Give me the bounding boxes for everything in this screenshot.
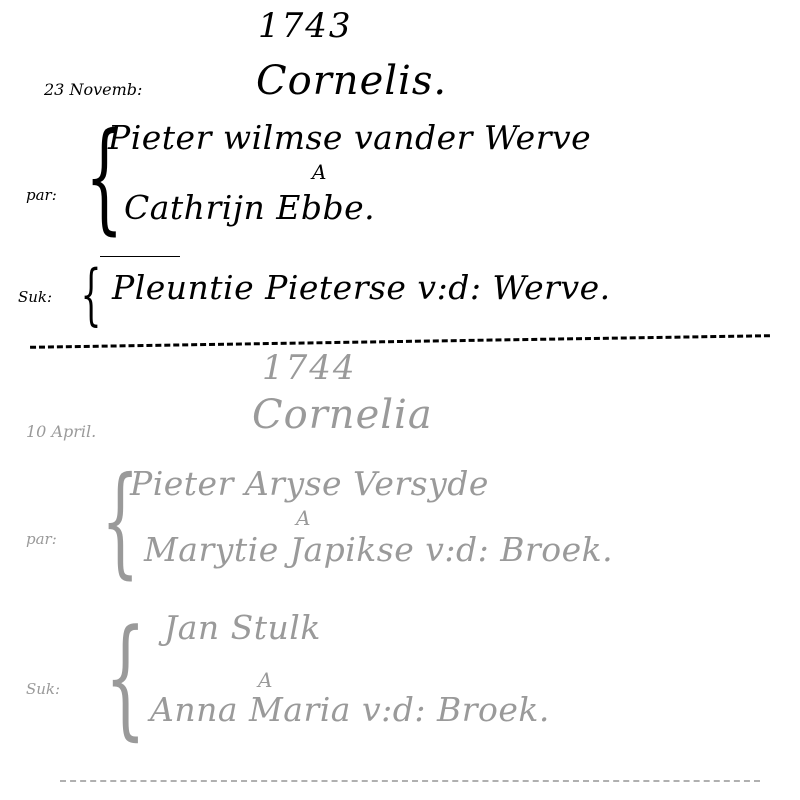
- mother-name: Marytie Japikse v:d: Broek.: [144, 530, 613, 569]
- witness-brace-icon: {: [105, 612, 146, 742]
- entry-separator: [60, 780, 760, 782]
- witness-label: Suk:: [18, 288, 52, 306]
- conjunction: A: [296, 506, 310, 530]
- child-name: Cornelia: [252, 392, 433, 438]
- parents-label: par:: [26, 530, 57, 548]
- father-name: Pieter Aryse Versyde: [130, 464, 489, 503]
- father-name: Pieter wilmse vander Werve: [108, 118, 591, 157]
- witness-name: Pleuntie Pieterse v:d: Werve.: [112, 268, 611, 307]
- conjunction: A: [312, 160, 326, 184]
- entry-date: 23 Novemb:: [44, 80, 142, 99]
- entry-year: 1743: [258, 6, 353, 46]
- parents-label: par:: [26, 186, 57, 204]
- witness-conjunction: A: [258, 668, 272, 692]
- entry-year: 1744: [262, 348, 357, 388]
- entry-date: 10 April.: [26, 422, 96, 441]
- witness-name-1: Jan Stulk: [164, 608, 321, 647]
- child-name: Cornelis.: [256, 58, 447, 104]
- witness-label: Suk:: [26, 680, 60, 698]
- brace-tail: [100, 256, 180, 257]
- witness-brace-icon: {: [81, 262, 102, 328]
- entry-separator: [30, 334, 770, 349]
- mother-name: Cathrijn Ebbe.: [124, 188, 375, 227]
- witness-name-2: Anna Maria v:d: Broek.: [150, 690, 550, 729]
